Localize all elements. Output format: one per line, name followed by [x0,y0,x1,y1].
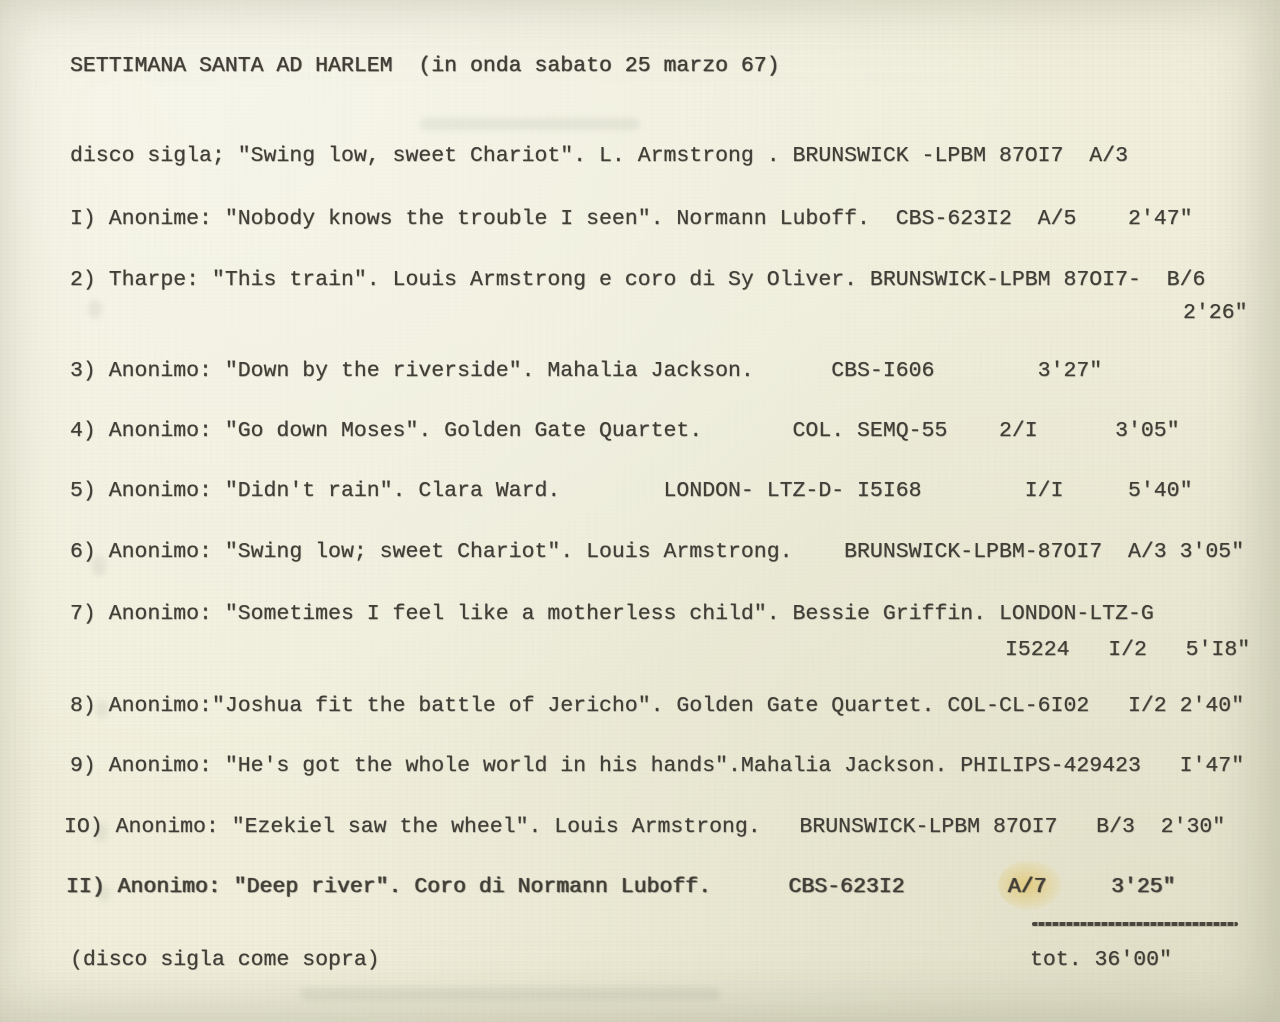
track-line-7-continuation: I5224 I/2 5'I8" [1005,636,1250,664]
bleed-through-mark [420,118,640,130]
track-line-6: 6) Anonimo: "Swing low; sweet Chariot". … [70,538,1244,566]
sigla-line: disco sigla; "Swing low, sweet Chariot".… [70,142,1128,170]
total-line: tot. 36'00" [1030,946,1172,974]
track-line-2-continuation: 2'26" [1183,299,1248,327]
track-line-10: IO) Anonimo: "Ezekiel saw the wheel". Lo… [64,813,1225,841]
page-title: SETTIMANA SANTA AD HARLEM (in onda sabat… [70,52,780,80]
track-line-1: I) Anonime: "Nobody knows the trouble I … [70,205,1192,233]
track-line-4: 4) Anonimo: "Go down Moses". Golden Gate… [70,417,1180,445]
track-line-8: 8) Anonimo:"Joshua fit the battle of Jer… [70,692,1244,720]
track-line-3: 3) Anonimo: "Down by the riverside". Mah… [70,357,1102,385]
footer-note: (disco sigla come sopra) [70,946,380,974]
scanned-document-page: SETTIMANA SANTA AD HARLEM (in onda sabat… [0,0,1280,1022]
track-line-11: II) Anonimo: "Deep river". Coro di Norma… [66,873,1176,901]
bleed-through-mark [88,300,102,318]
track-line-2: 2) Tharpe: "This train". Louis Armstrong… [70,266,1205,294]
bleed-through-mark [300,988,720,1000]
total-rule [1032,922,1238,926]
track-line-9: 9) Anonimo: "He's got the whole world in… [70,752,1244,780]
track-line-5: 5) Anonimo: "Didn't rain". Clara Ward. L… [70,477,1192,505]
track-line-7: 7) Anonimo: "Sometimes I feel like a mot… [70,600,1154,628]
